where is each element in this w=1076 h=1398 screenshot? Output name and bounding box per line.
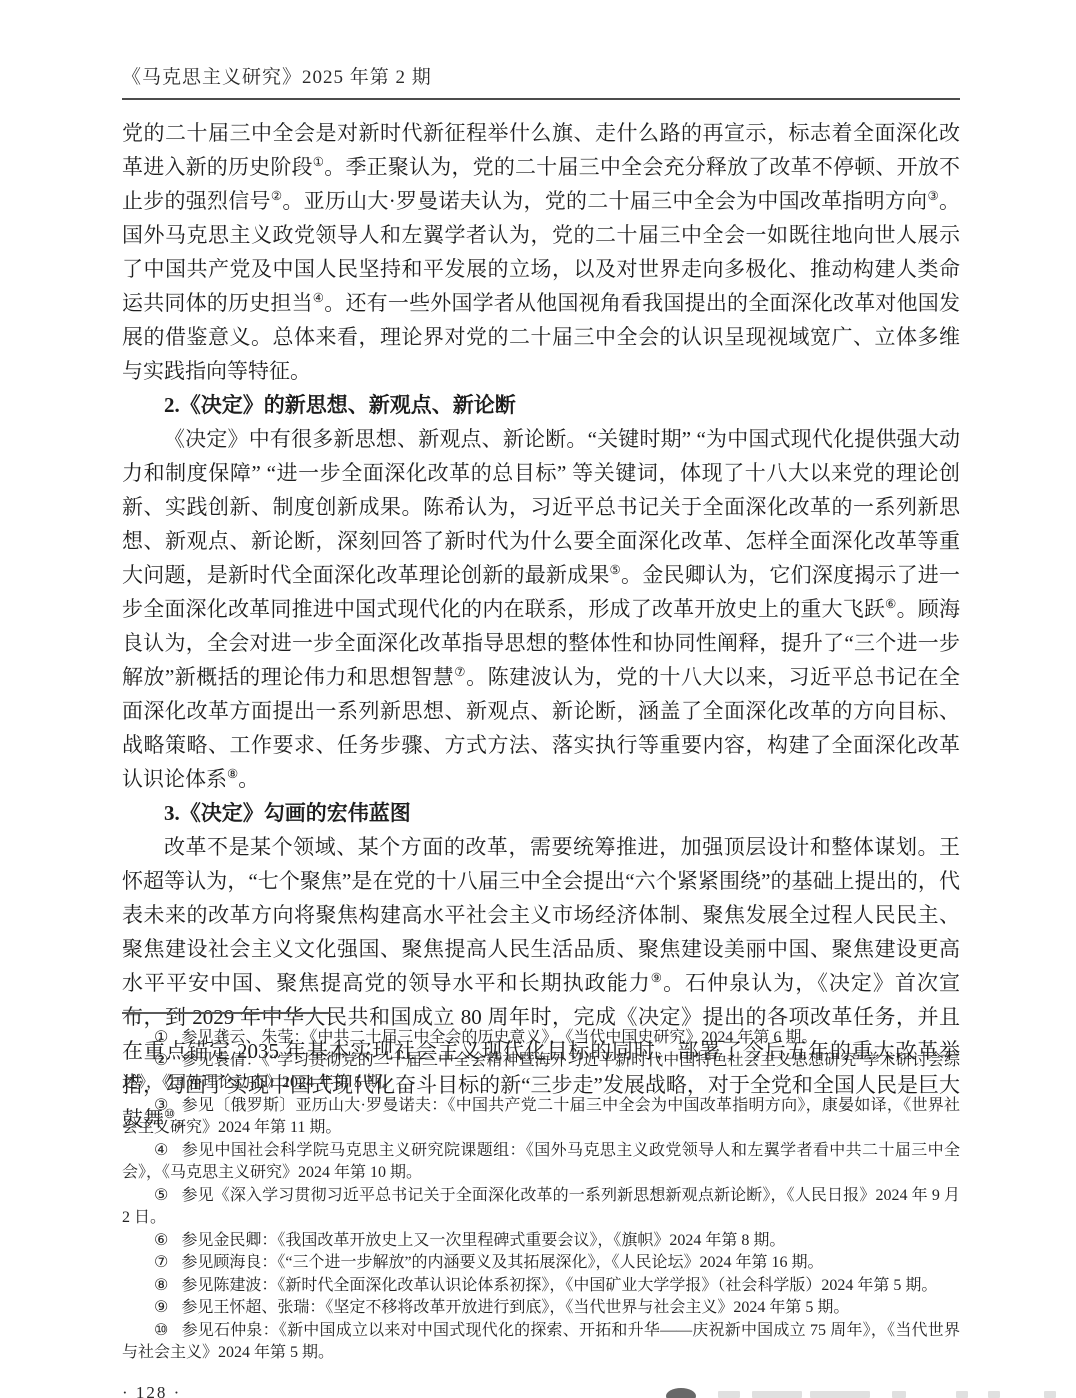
footnote: ⑦参见顾海良：《“三个进一步解放”的内涵要义及其拓展深化》，《人民论坛》2024… — [122, 1252, 960, 1275]
footnote: ①参见龚云、朱莹：《中共二十届三中全会的历史意义》，《当代中国史研究》2024 … — [122, 1027, 960, 1050]
footnote-ref: ③ — [927, 189, 939, 203]
section-heading-2: 2.《决定》的新思想、新观点、新论断 — [122, 388, 960, 422]
footnote: ③参见〔俄罗斯〕亚历山大·罗曼诺夫：《中国共产党二十届三中全会为中国改革指明方向… — [122, 1095, 960, 1140]
watermark-fragment — [988, 1391, 1000, 1398]
journal-page: 《马克思主义研究》2025 年第 2 期 党的二十届三中全会是对新时代新征程举什… — [0, 0, 1076, 1398]
footnote-text: 参见石仲泉：《新中国成立以来对中国式现代化的探索、开拓和升华——庆祝新中国成立 … — [122, 1322, 960, 1362]
watermark-logo-icon — [666, 1388, 696, 1398]
footnote: ②参见袁倩：《“学习贯彻党的二十届三中全会精神暨海外习近平新时代中国特色社会主义… — [122, 1050, 960, 1095]
journal-title-line: 《马克思主义研究》2025 年第 2 期 — [122, 62, 960, 89]
footnote-text: 参见《深入学习贯彻习近平总书记关于全面深化改革的一系列新思想新观点新论断》，《人… — [122, 1187, 960, 1227]
footnote-text: 参见袁倩：《“学习贯彻党的二十届三中全会精神暨海外习近平新时代中国特色社会主义思… — [122, 1052, 960, 1092]
footnote-ref: ① — [313, 155, 325, 169]
footnote: ⑤参见《深入学习贯彻习近平总书记关于全面深化改革的一系列新思想新观点新论断》，《… — [122, 1185, 960, 1230]
watermark-fragment — [956, 1391, 968, 1398]
watermark-fragment — [1044, 1391, 1056, 1398]
watermark-fragment — [892, 1391, 906, 1398]
footnote-marker: ⑧ — [154, 1277, 168, 1294]
footnote-marker: ③ — [154, 1097, 169, 1114]
section-heading-3: 3.《决定》勾画的宏伟蓝图 — [122, 796, 960, 830]
footnote-marker: ② — [154, 1052, 168, 1069]
bottom-watermark-cutoff — [640, 1385, 1076, 1398]
page-content: 《马克思主义研究》2025 年第 2 期 党的二十届三中全会是对新时代新征程举什… — [122, 0, 960, 1136]
body-paragraph: 《决定》中有很多新思想、新观点、新论断。“关键时期” “为中国式现代化提供强大动… — [122, 422, 960, 796]
footnote-marker: ⑩ — [154, 1322, 169, 1339]
footnote: ⑥参见金民卿：《我国改革开放史上又一次里程碑式重要会议》，《旗帜》2024 年第… — [122, 1230, 960, 1253]
footnote-ref: ⑤ — [610, 563, 622, 577]
page-body: 党的二十届三中全会是对新时代新征程举什么旗、走什么路的再宣示，标志着全面深化改革… — [122, 116, 960, 1136]
footnote-ref: ⑧ — [227, 767, 238, 781]
footnote-separator-rule — [122, 1012, 330, 1014]
body-paragraph-continuation: 党的二十届三中全会是对新时代新征程举什么旗、走什么路的再宣示，标志着全面深化改革… — [122, 116, 960, 388]
footnote-section: ①参见龚云、朱莹：《中共二十届三中全会的历史意义》，《当代中国史研究》2024 … — [122, 1012, 960, 1398]
running-header: 《马克思主义研究》2025 年第 2 期 — [122, 0, 960, 100]
footnote-text: 参见王怀超、张瑞：《坚定不移将改革开放进行到底》，《当代世界与社会主义》2024… — [181, 1299, 849, 1316]
footnote-marker: ⑤ — [154, 1187, 168, 1204]
watermark-fragment — [810, 1391, 870, 1398]
footnote-text: 参见中国社会科学院马克思主义研究院课题组：《国外马克思主义政党领导人和左翼学者看… — [122, 1142, 960, 1182]
footnote-ref: ⑨ — [651, 971, 663, 985]
footnote-ref: ② — [271, 189, 283, 203]
footnote-marker: ④ — [154, 1142, 169, 1159]
footnote: ④参见中国社会科学院马克思主义研究院课题组：《国外马克思主义政党领导人和左翼学者… — [122, 1140, 960, 1185]
watermark-fragment — [752, 1391, 802, 1398]
footnote-text: 参见〔俄罗斯〕亚历山大·罗曼诺夫：《中国共产党二十届三中全会为中国改革指明方向》… — [122, 1097, 960, 1137]
footnote-marker: ⑨ — [154, 1299, 168, 1316]
footnote-text: 参见顾海良：《“三个进一步解放”的内涵要义及其拓展深化》，《人民论坛》2024 … — [181, 1254, 823, 1271]
header-rule — [122, 98, 960, 100]
footnote-marker: ① — [154, 1029, 168, 1046]
footnote: ⑧参见陈建波：《新时代全面深化改革认识论体系初探》，《中国矿业大学学报》（社会科… — [122, 1275, 960, 1298]
footnote-text: 参见陈建波：《新时代全面深化改革认识论体系初探》，《中国矿业大学学报》（社会科学… — [181, 1277, 937, 1294]
footnote-text: 参见龚云、朱莹：《中共二十届三中全会的历史意义》，《当代中国史研究》2024 年… — [181, 1029, 817, 1046]
footnote: ⑨参见王怀超、张瑞：《坚定不移将改革开放进行到底》，《当代世界与社会主义》202… — [122, 1297, 960, 1320]
footnote-text: 参见金民卿：《我国改革开放史上又一次里程碑式重要会议》，《旗帜》2024 年第 … — [181, 1232, 785, 1249]
footnote-marker: ⑥ — [154, 1232, 168, 1249]
footnote-ref: ⑥ — [885, 597, 897, 611]
watermark-fragment — [718, 1391, 740, 1398]
footnote: ⑩参见石仲泉：《新中国成立以来对中国式现代化的探索、开拓和升华——庆祝新中国成立… — [122, 1320, 960, 1365]
footnote-marker: ⑦ — [154, 1254, 168, 1271]
footnote-ref: ④ — [313, 291, 325, 305]
footnote-ref: ⑦ — [454, 665, 466, 679]
